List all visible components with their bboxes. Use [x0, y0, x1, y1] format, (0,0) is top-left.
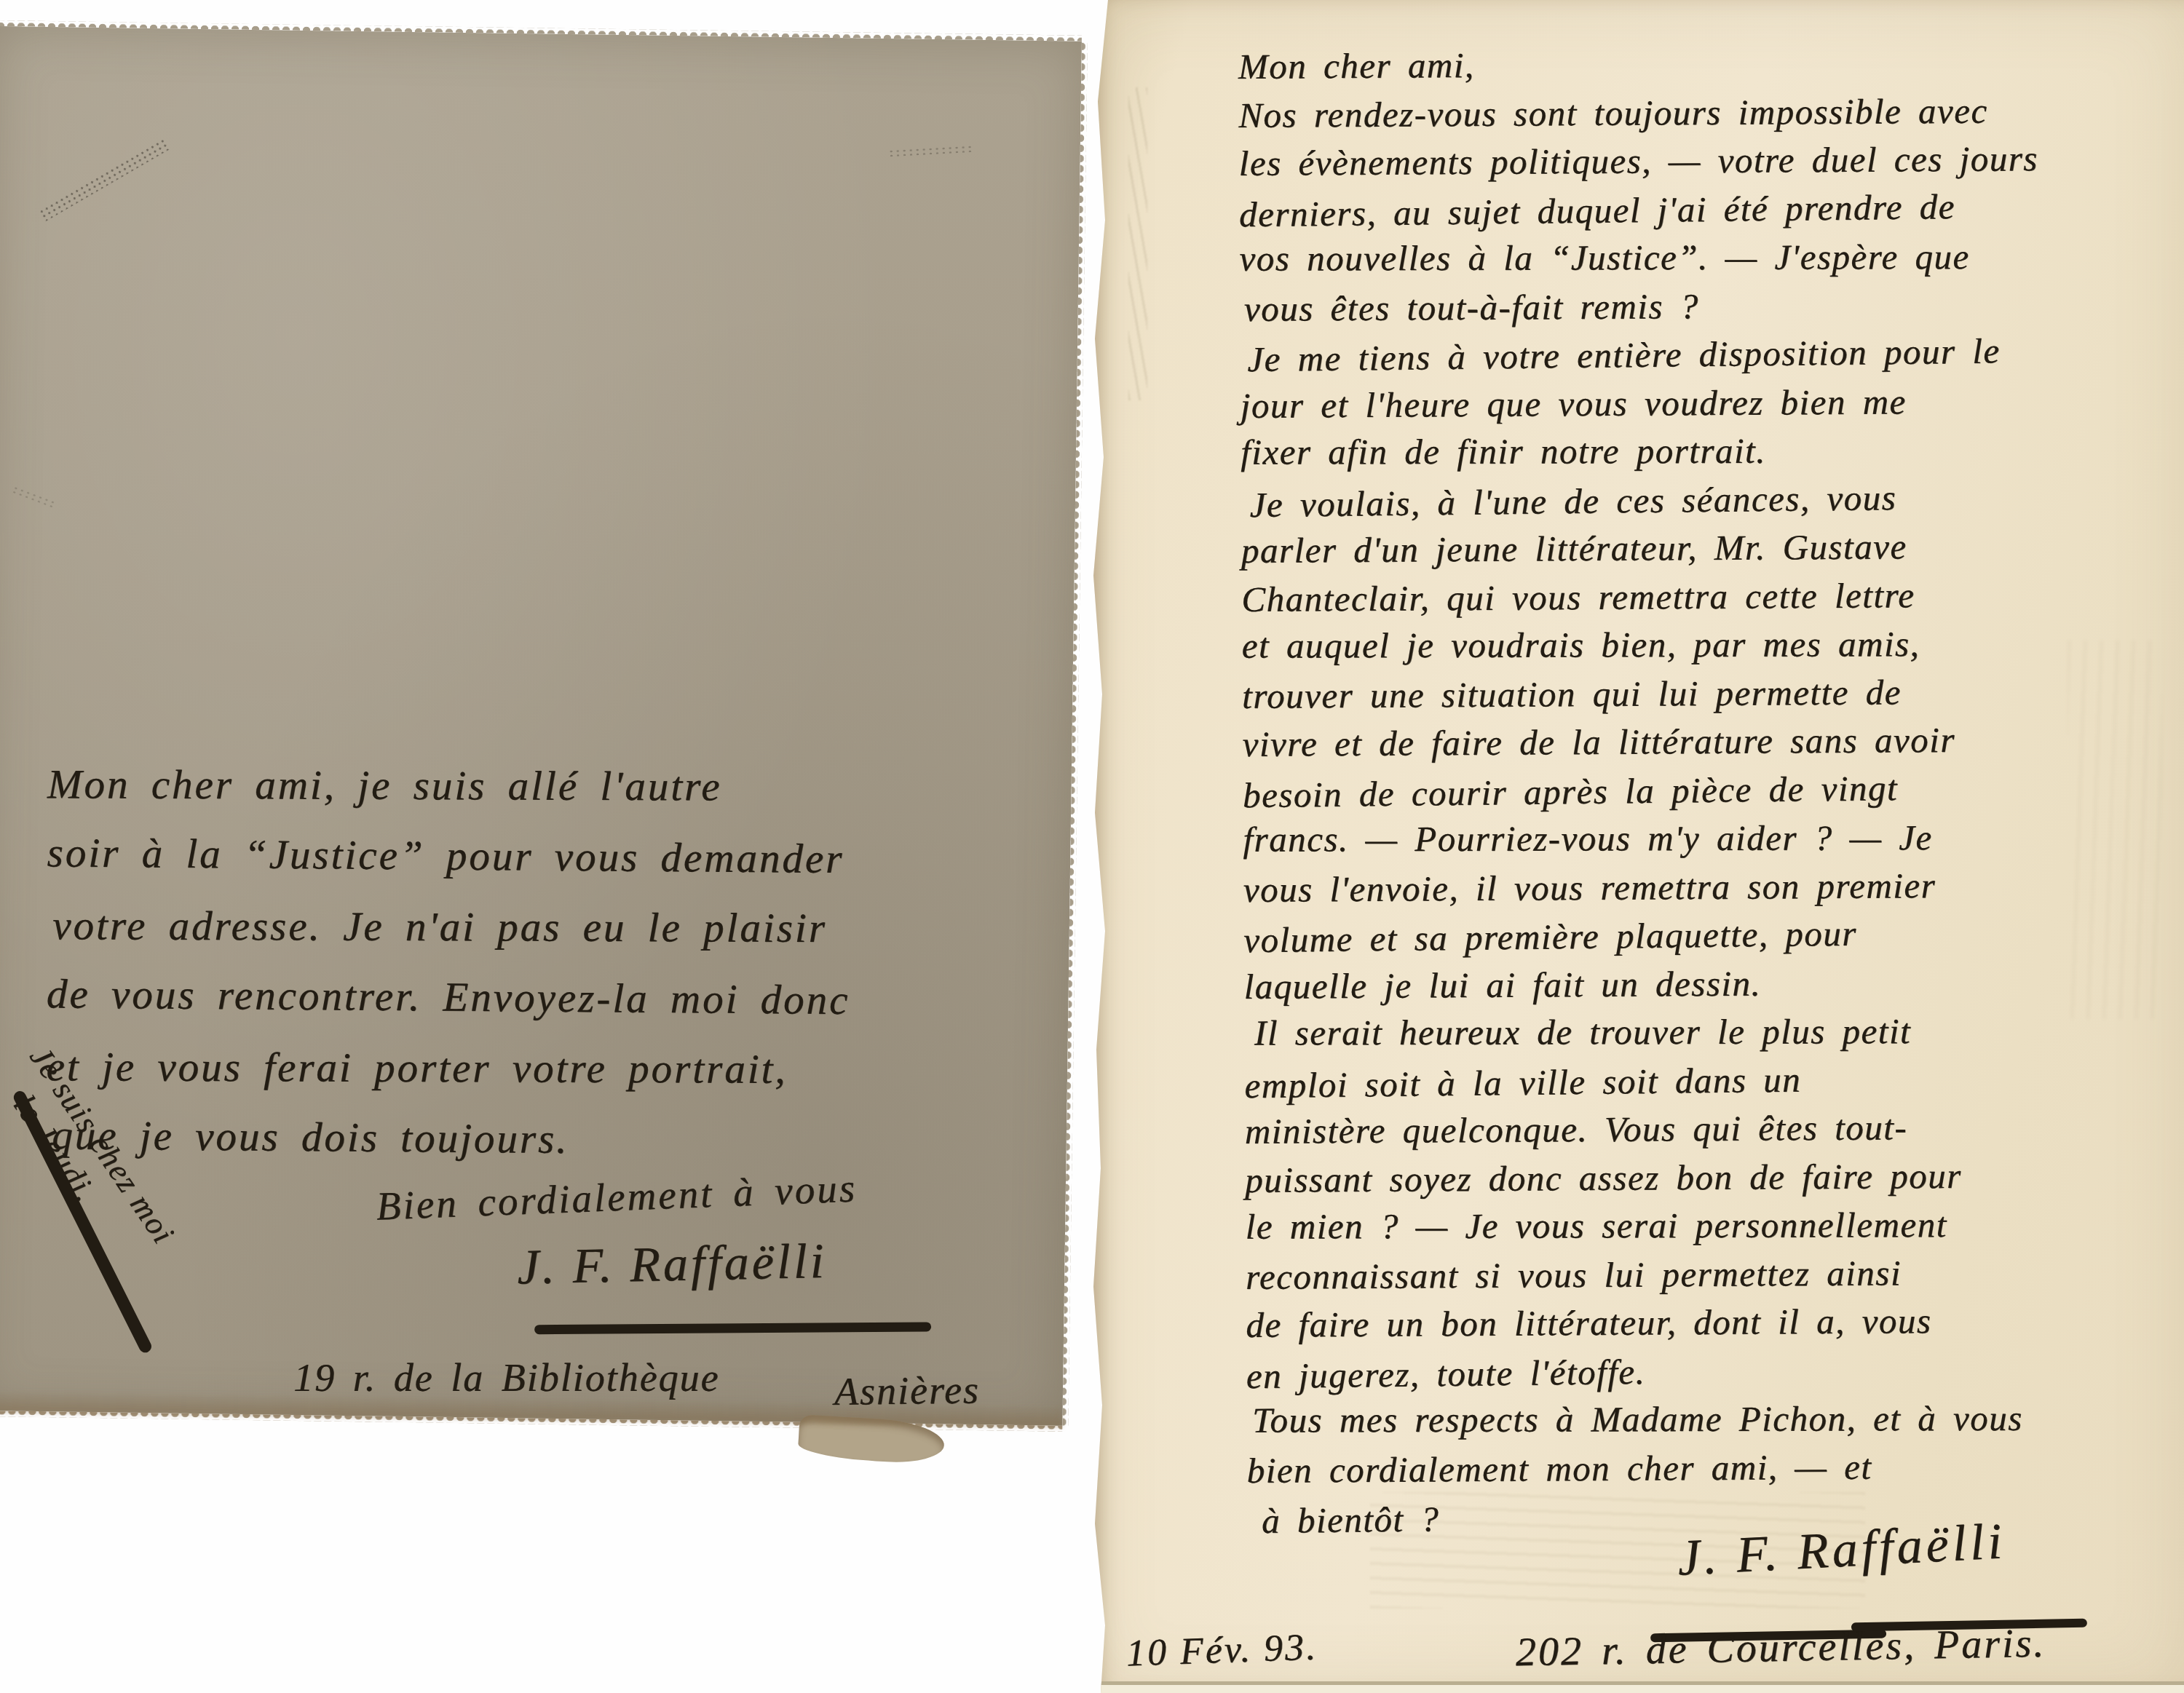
manuscript-line: francs. — Pourriez-vous m'y aider ? — Je	[1243, 813, 2177, 864]
left-letter-body: Mon cher ami, je suis allé l'autresoir à…	[46, 749, 1048, 1176]
manuscript-line: volume et sa première plaquette, pour	[1243, 906, 2178, 965]
manuscript-line: et auquel je voudrais bien, par mes amis…	[1242, 619, 2176, 670]
manuscript-line: Nos rendez-vous sont toujours impossible…	[1238, 86, 2172, 140]
manuscript-line: laquelle je lui ai fait un dessin.	[1243, 957, 2177, 1011]
manuscript-line: fixer afin de finir notre portrait.	[1241, 426, 2175, 477]
perforated-edge-right	[1062, 41, 1088, 1426]
torn-paper-chunk	[797, 1414, 945, 1464]
manuscript-line: le mien ? — Je vous serai personnellemen…	[1246, 1200, 2180, 1251]
manuscript-line: les évènements politiques, — votre duel …	[1239, 134, 2173, 188]
manuscript-line: Mon cher ami, je suis allé l'autre	[47, 749, 1048, 823]
manuscript-line: vous êtes tout-à-fait remis ?	[1244, 279, 2174, 333]
left-letter-address-city: Asnières	[834, 1367, 981, 1414]
manuscript-line: en jugerez, toute l'étoffe.	[1246, 1341, 2181, 1400]
manuscript-line: derniers, au sujet duquel j'ai été prend…	[1239, 180, 2174, 239]
paper-bottom-edge	[1086, 1681, 2184, 1693]
left-letter-signature: J. F. Raffaëlli	[517, 1232, 828, 1296]
perforated-edge-top	[0, 20, 1082, 41]
right-letter-address: 202 r. de Courcelles, Paris.	[1515, 1620, 2046, 1676]
pencil-smudge	[11, 485, 55, 507]
manuscript-line: soir à la “Justice” pour vous demander	[47, 817, 1048, 896]
salutation: Mon cher ami,	[1238, 37, 2172, 91]
manuscript-line: reconnaissant si vous lui permettez ains…	[1246, 1248, 2180, 1301]
pencil-smudge	[888, 145, 976, 157]
manuscript-line: emploi soit à la ville soit dans un	[1244, 1051, 2179, 1110]
manuscript-line: Il serait heureux de trouver le plus pet…	[1254, 1007, 2178, 1058]
manuscript-line: besoin de courir après la pièce de vingt	[1243, 761, 2177, 820]
manuscript-line: de vous rencontrer. Envoyez-la moi donc	[47, 959, 1048, 1037]
manuscript-line: parler d'un jeune littérateur, Mr. Gusta…	[1241, 521, 2175, 575]
manuscript-line: bien cordialement mon cher ami, — et	[1246, 1441, 2180, 1495]
manuscript-line: ministère quelconque. Vous qui êtes tout…	[1245, 1102, 2179, 1156]
manuscript-line: jour et l'heure que vous voudrez bien me	[1241, 376, 2175, 430]
left-letter-address-street: 19 r. de la Bibliothèque	[293, 1355, 719, 1400]
right-letter-body: Mon cher ami, Nos rendez-vous sont toujo…	[1238, 37, 2182, 1543]
manuscript-line: Je voulais, à l'une de ces séances, vous	[1249, 470, 2175, 529]
manuscript-line: vivre et de faire de la littérature sans…	[1242, 715, 2176, 769]
letter-date: 10 Fév. 93.	[1125, 1625, 1318, 1675]
manuscript-line: votre adresse. Je n'ai pas eu le plaisir	[52, 890, 1047, 964]
manuscript-line: Tous mes respects à Madame Pichon, et à …	[1252, 1394, 2180, 1445]
show-through-smudge	[1128, 87, 1147, 400]
manuscript-line: Je me tiens à votre entière disposition …	[1247, 325, 2175, 384]
postmark-smudge	[38, 138, 170, 222]
manuscript-line: et je vous ferai porter votre portrait,	[46, 1031, 1046, 1106]
manuscript-line: vos nouvelles à la “Justice”. — J'espère…	[1239, 232, 2173, 283]
left-letter-closing: Bien cordialement à vous	[376, 1165, 858, 1229]
signature-underline	[534, 1322, 931, 1334]
manuscript-line: puissant soyez donc assez bon de faire p…	[1245, 1151, 2179, 1205]
manuscript-line: de faire un bon littérateur, dont il a, …	[1246, 1296, 2180, 1349]
scanned-letters-page: Mon cher ami, je suis allé l'autresoir à…	[0, 0, 2184, 1693]
right-letter-page: Mon cher ami, Nos rendez-vous sont toujo…	[1086, 0, 2184, 1693]
manuscript-line: vous l'envoie, il vous remettra son prem…	[1243, 860, 2177, 914]
manuscript-line: que je vous dois toujours.	[52, 1100, 1047, 1178]
manuscript-line: trouver une situation qui lui permette d…	[1242, 667, 2176, 721]
manuscript-line: Chanteclair, qui vous remettra cette let…	[1241, 570, 2175, 624]
left-letter-card: Mon cher ami, je suis allé l'autresoir à…	[0, 26, 1082, 1426]
